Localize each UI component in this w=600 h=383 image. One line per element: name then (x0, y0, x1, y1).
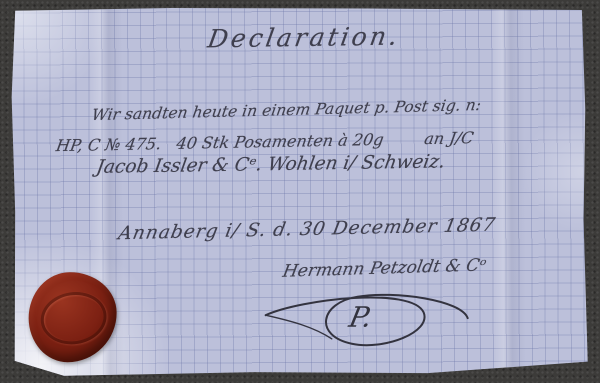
photo-background: { "document": { "title": "Declaration.",… (0, 0, 600, 383)
wax-seal (28, 272, 116, 362)
declaration-document: Declaration. Wir sandten heute in einem … (10, 5, 589, 377)
paraph-flourish: P. (262, 286, 472, 357)
body-line-3: Jacob Issler & Cᵉ. Wohlen i/ Schweiz. (95, 151, 447, 177)
signature: Hermann Petzoldt & Cᵒ (281, 255, 488, 281)
document-title: Declaration. (206, 22, 403, 54)
date-line: Annaberg i/ S. d. 30 December 1867 (117, 215, 498, 245)
body-line-1: Wir sandten heute in einem Paquet p. Pos… (91, 96, 483, 124)
seal-impression-icon (37, 288, 110, 349)
paper-fold-right (490, 6, 526, 375)
